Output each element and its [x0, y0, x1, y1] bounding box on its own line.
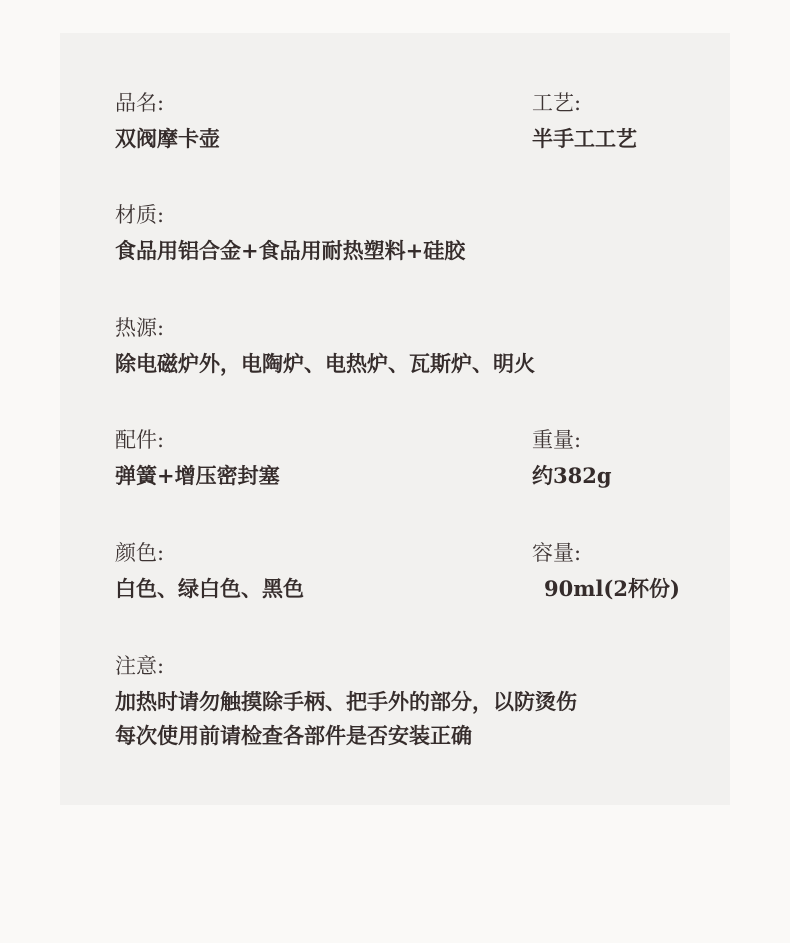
spec-weight: 重量: 约382g	[532, 427, 612, 489]
spec-craft-value: 半手工工艺	[532, 126, 637, 152]
spec-capacity: 容量: 90ml(2杯份)	[532, 540, 680, 602]
spec-name: 品名: 双阀摩卡壶	[115, 90, 220, 152]
spec-accessories-label: 配件:	[115, 427, 280, 453]
notice-line: 每次使用前请检查各部件是否安装正确	[115, 723, 577, 749]
spec-notice: 注意: 加热时请勿触摸除手柄、把手外的部分，以防烫伤 每次使用前请检查各部件是否…	[115, 653, 577, 749]
spec-accessories: 配件: 弹簧+增压密封塞	[115, 427, 280, 489]
spec-material-value: 食品用铝合金+食品用耐热塑料+硅胶	[115, 238, 465, 264]
spec-name-label: 品名:	[115, 90, 220, 116]
spec-name-value: 双阀摩卡壶	[115, 126, 220, 152]
spec-craft: 工艺: 半手工工艺	[532, 90, 637, 152]
spec-weight-value: 约382g	[532, 463, 612, 489]
spec-heat-source-label: 热源:	[115, 315, 535, 341]
spec-capacity-label: 容量:	[532, 540, 680, 566]
spec-craft-label: 工艺:	[532, 90, 637, 116]
spec-material-label: 材质:	[115, 202, 465, 228]
spec-notice-lines: 加热时请勿触摸除手柄、把手外的部分，以防烫伤 每次使用前请检查各部件是否安装正确	[115, 689, 577, 749]
spec-material: 材质: 食品用铝合金+食品用耐热塑料+硅胶	[115, 202, 465, 264]
spec-color-label: 颜色:	[115, 540, 304, 566]
spec-weight-label: 重量:	[532, 427, 612, 453]
spec-capacity-value: 90ml(2杯份)	[532, 576, 680, 602]
spec-color-value: 白色、绿白色、黑色	[115, 576, 304, 602]
spec-accessories-value: 弹簧+增压密封塞	[115, 463, 280, 489]
notice-line: 加热时请勿触摸除手柄、把手外的部分，以防烫伤	[115, 689, 577, 715]
spec-color: 颜色: 白色、绿白色、黑色	[115, 540, 304, 602]
spec-heat-source-value: 除电磁炉外，电陶炉、电热炉、瓦斯炉、明火	[115, 351, 535, 377]
spec-heat-source: 热源: 除电磁炉外，电陶炉、电热炉、瓦斯炉、明火	[115, 315, 535, 377]
spec-notice-label: 注意:	[115, 653, 577, 679]
